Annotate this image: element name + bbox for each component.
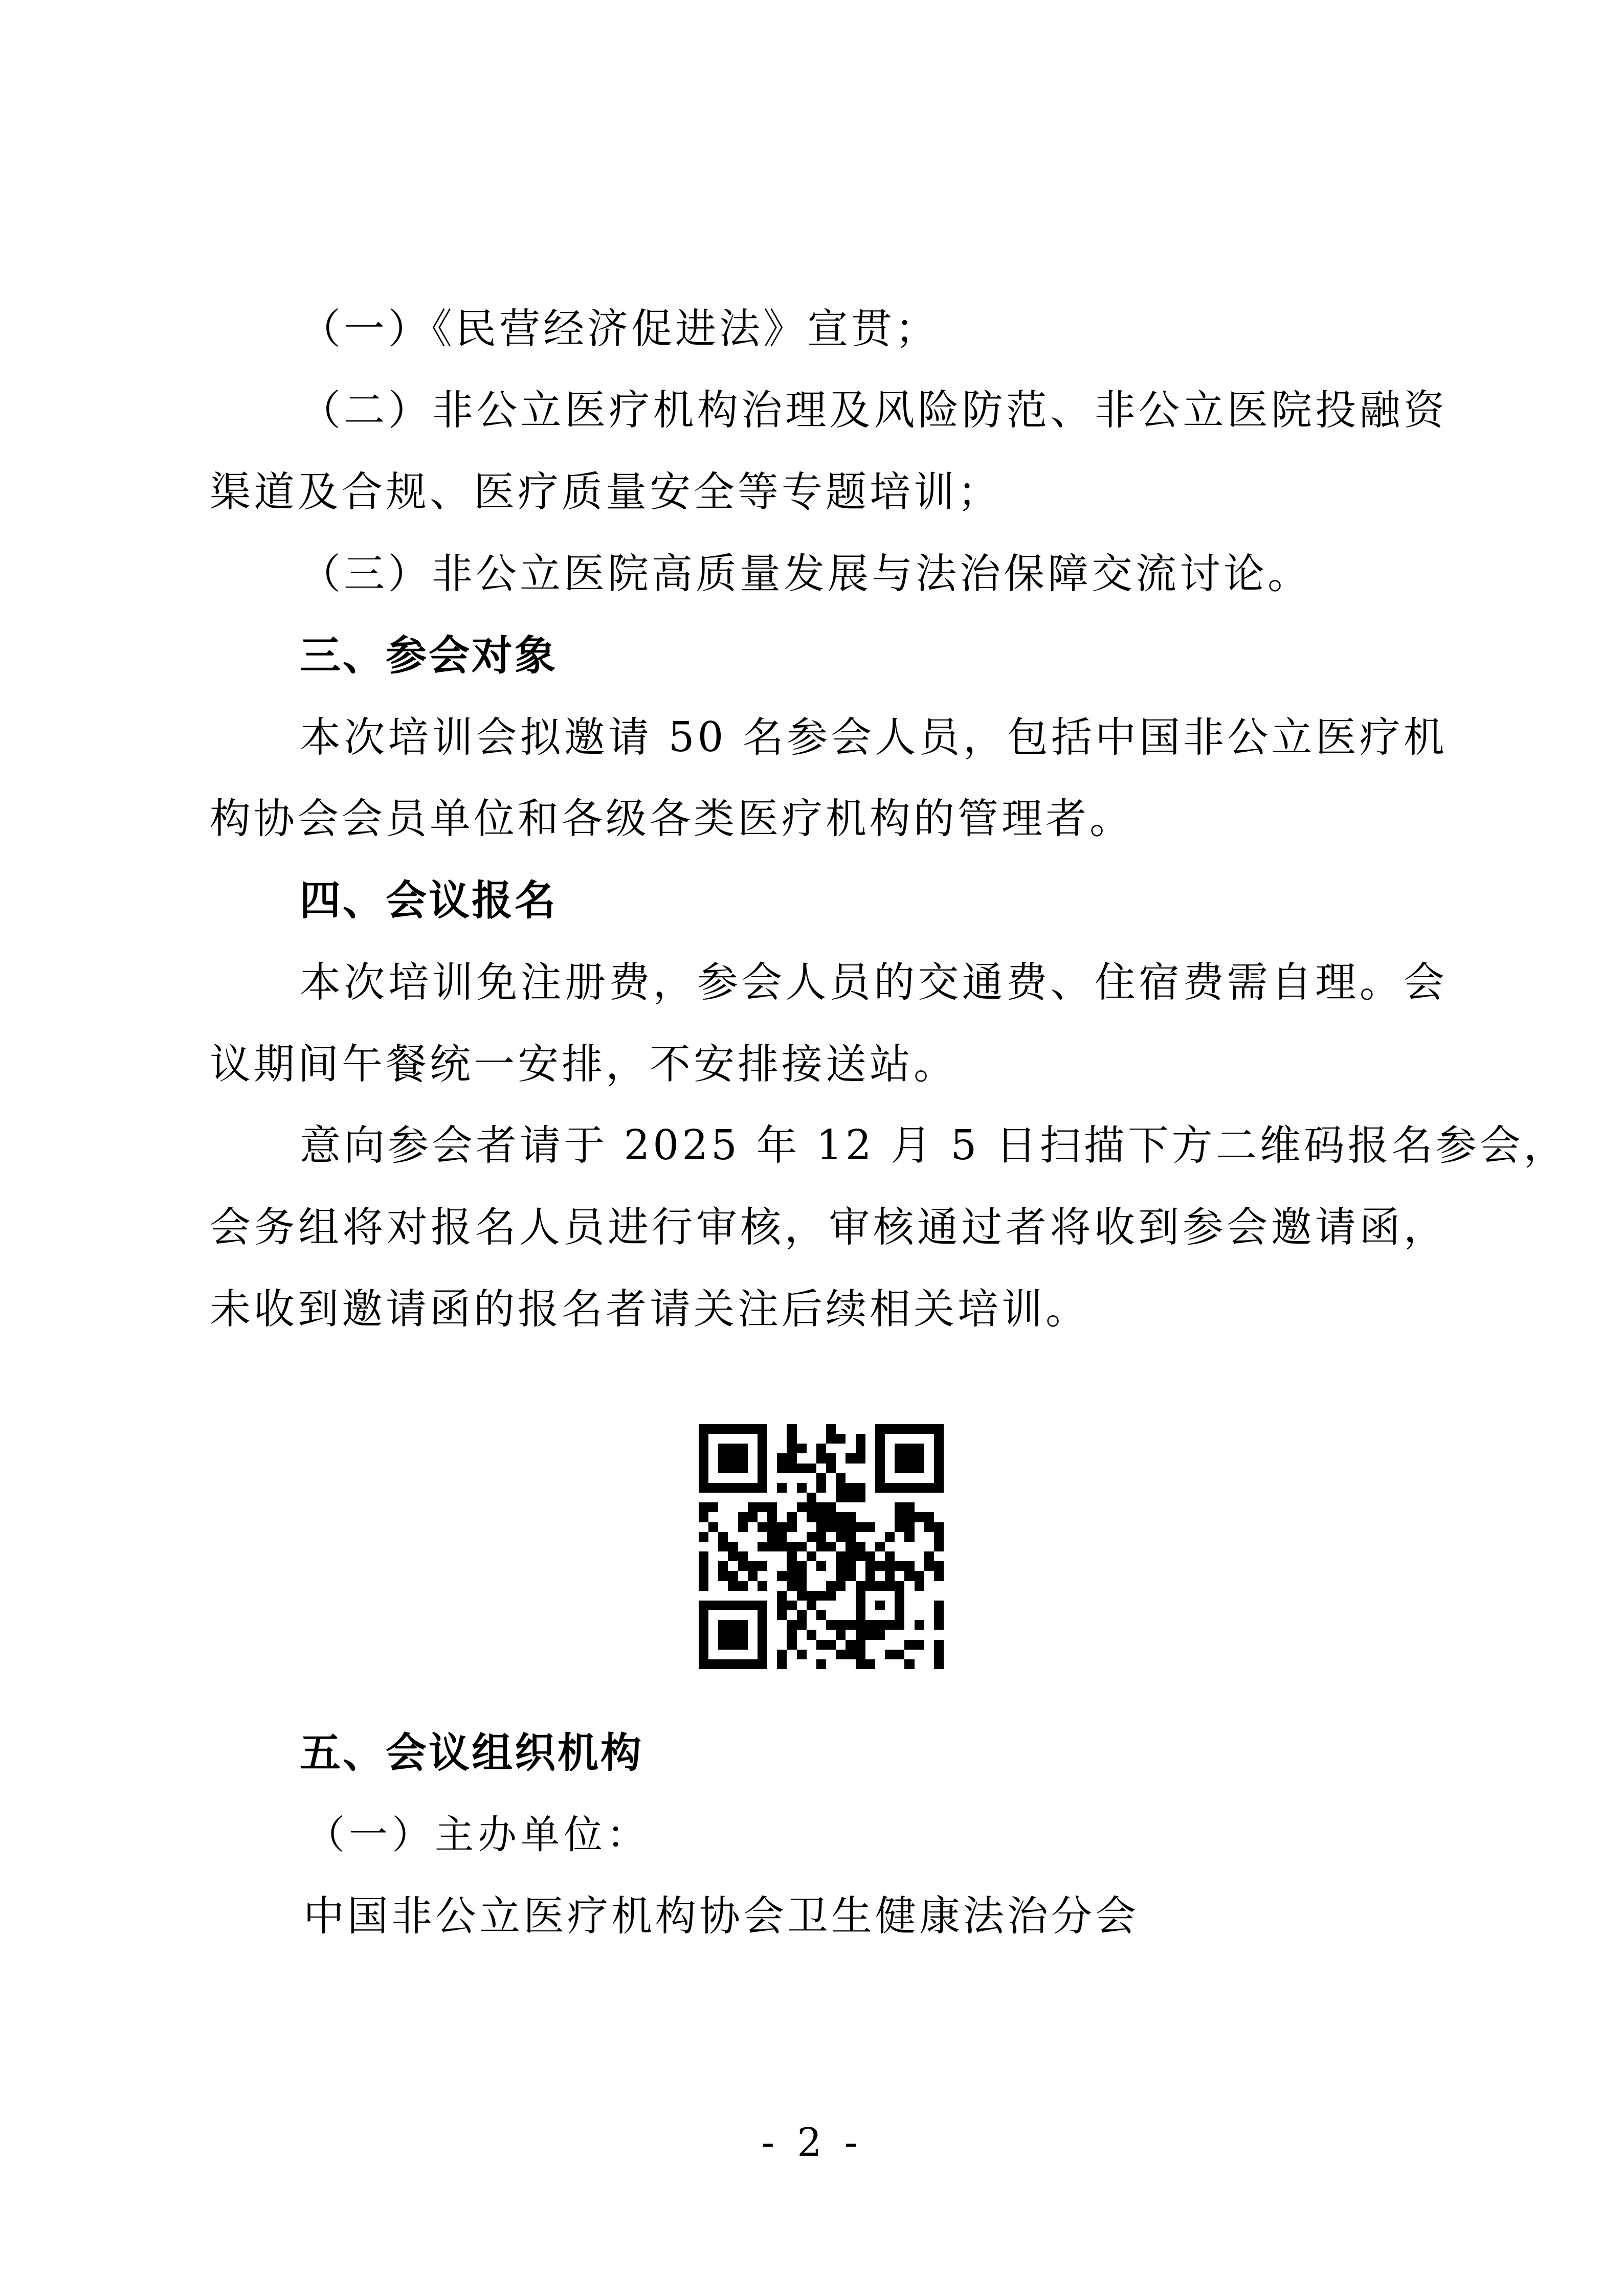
sub-heading-host: （一）主办单位： bbox=[306, 1809, 650, 1860]
document-page: （一）《民营经济促进法》宣贯； （二）非公立医疗机构治理及风险防范、非公立医院投… bbox=[0, 0, 1624, 2296]
section-heading-organizers: 五、会议组织机构 bbox=[300, 1727, 643, 1779]
registration-instructions-line-2: 会务组将对报名人员进行审核，审核通过者将收到参会邀请函， bbox=[210, 1202, 1448, 1253]
page-number: - 2 - bbox=[0, 2117, 1624, 2168]
section-heading-registration: 四、会议报名 bbox=[300, 875, 558, 926]
agenda-item-3: （三）非公立医院高质量发展与法治保障交流讨论。 bbox=[300, 548, 1311, 599]
section-heading-attendees: 三、参会对象 bbox=[300, 630, 558, 681]
registration-instructions-line-3: 未收到邀请函的报名者请关注后续相关培训。 bbox=[210, 1284, 1089, 1335]
host-organization: 中国非公立医疗机构协会卫生健康法治分会 bbox=[303, 1890, 1139, 1942]
registration-fee-line-1: 本次培训免注册费，参会人员的交通费、住宿费需自理。会 bbox=[300, 957, 1448, 1008]
agenda-item-1: （一）《民营经济促进法》宣贯； bbox=[300, 303, 939, 354]
agenda-item-2-line-1: （二）非公立医疗机构治理及风险防范、非公立医院投融资 bbox=[300, 385, 1448, 436]
attendees-line-1: 本次培训会拟邀请 50 名参会人员，包括中国非公立医疗机 bbox=[300, 712, 1448, 763]
attendees-line-2: 构协会会员单位和各级各类医疗机构的管理者。 bbox=[210, 793, 1133, 844]
qr-code-icon bbox=[699, 1424, 944, 1669]
registration-instructions-line-1: 意向参会者请于 2025 年 12 月 5 日扫描下方二维码报名参会， bbox=[300, 1120, 1448, 1171]
registration-fee-line-2: 议期间午餐统一安排，不安排接送站。 bbox=[210, 1039, 958, 1090]
agenda-item-2-line-2: 渠道及合规、医疗质量安全等专题培训； bbox=[210, 466, 1002, 517]
registration-qr-code[interactable] bbox=[699, 1424, 944, 1669]
